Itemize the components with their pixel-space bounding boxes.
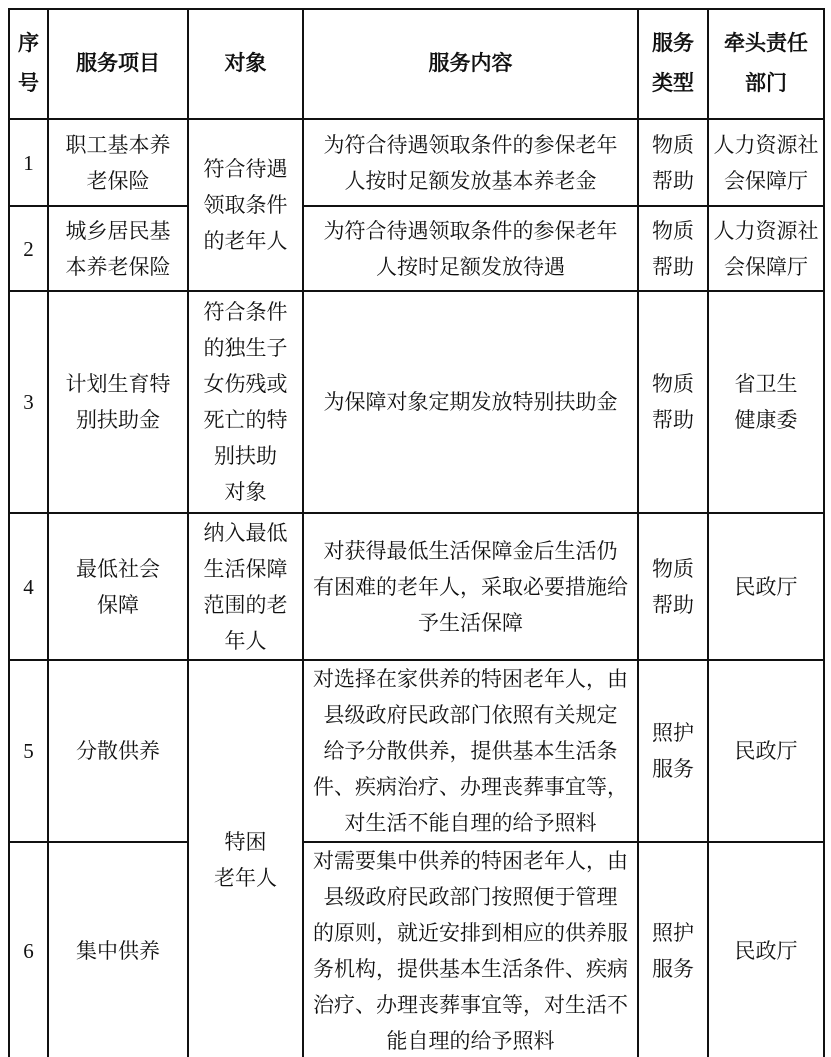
table-row: 1 职工基本养 老保险 符合待遇 领取条件 的老年人 为符合待遇领取条件的参保老… [9,119,824,206]
cell-service-type: 物质 帮助 [638,513,708,660]
cell-service-item: 计划生育特 别扶助金 [48,291,188,513]
cell-service-item: 最低社会 保障 [48,513,188,660]
cell-lead-department: 省卫生 健康委 [708,291,824,513]
header-cell-service-content: 服务内容 [303,9,638,119]
cell-target: 符合条件 的独生子 女伤残或 死亡的特 别扶助 对象 [188,291,303,513]
cell-serial-no: 5 [9,660,48,842]
header-cell-service-item: 服务项目 [48,9,188,119]
document-page: 序 号 服务项目 对象 服务内容 服务 类型 牵头责任 部门 1 职工基本养 老… [0,0,831,1057]
header-cell-service-type: 服务 类型 [638,9,708,119]
cell-lead-department: 民政厅 [708,660,824,842]
cell-serial-no: 4 [9,513,48,660]
cell-service-content: 为符合待遇领取条件的参保老年 人按时足额发放待遇 [303,206,638,291]
cell-service-content: 为符合待遇领取条件的参保老年 人按时足额发放基本养老金 [303,119,638,206]
cell-service-item: 分散供养 [48,660,188,842]
cell-service-type: 物质 帮助 [638,119,708,206]
cell-service-type: 物质 帮助 [638,206,708,291]
cell-serial-no: 2 [9,206,48,291]
cell-service-item: 集中供养 [48,842,188,1057]
cell-target: 纳入最低 生活保障 范围的老 年人 [188,513,303,660]
cell-service-content: 对选择在家供养的特困老年人，由 县级政府民政部门依照有关规定 给予分散供养，提供… [303,660,638,842]
table-row: 5 分散供养 特困 老年人 对选择在家供养的特困老年人，由 县级政府民政部门依照… [9,660,824,842]
header-cell-lead-department: 牵头责任 部门 [708,9,824,119]
cell-lead-department: 民政厅 [708,513,824,660]
table-row: 4 最低社会 保障 纳入最低 生活保障 范围的老 年人 对获得最低生活保障金后生… [9,513,824,660]
cell-serial-no: 1 [9,119,48,206]
header-cell-serial-no: 序 号 [9,9,48,119]
cell-service-item: 职工基本养 老保险 [48,119,188,206]
cell-lead-department: 人力资源社 会保障厅 [708,119,824,206]
cell-serial-no: 6 [9,842,48,1057]
cell-service-type: 照护 服务 [638,660,708,842]
cell-target-merged: 符合待遇 领取条件 的老年人 [188,119,303,291]
header-cell-target: 对象 [188,9,303,119]
cell-lead-department: 民政厅 [708,842,824,1057]
table-row: 3 计划生育特 别扶助金 符合条件 的独生子 女伤残或 死亡的特 别扶助 对象 … [9,291,824,513]
table-row: 6 集中供养 对需要集中供养的特困老年人，由 县级政府民政部门按照便于管理 的原… [9,842,824,1057]
cell-service-content: 对获得最低生活保障金后生活仍 有困难的老年人，采取必要措施给 予生活保障 [303,513,638,660]
service-table: 序 号 服务项目 对象 服务内容 服务 类型 牵头责任 部门 1 职工基本养 老… [8,8,825,1057]
table-row: 2 城乡居民基 本养老保险 为符合待遇领取条件的参保老年 人按时足额发放待遇 物… [9,206,824,291]
cell-service-item: 城乡居民基 本养老保险 [48,206,188,291]
cell-service-type: 照护 服务 [638,842,708,1057]
cell-service-type: 物质 帮助 [638,291,708,513]
cell-target-merged: 特困 老年人 [188,660,303,1057]
cell-service-content: 为保障对象定期发放特别扶助金 [303,291,638,513]
cell-serial-no: 3 [9,291,48,513]
cell-service-content: 对需要集中供养的特困老年人，由 县级政府民政部门按照便于管理 的原则，就近安排到… [303,842,638,1057]
table-header-row: 序 号 服务项目 对象 服务内容 服务 类型 牵头责任 部门 [9,9,824,119]
cell-lead-department: 人力资源社 会保障厅 [708,206,824,291]
